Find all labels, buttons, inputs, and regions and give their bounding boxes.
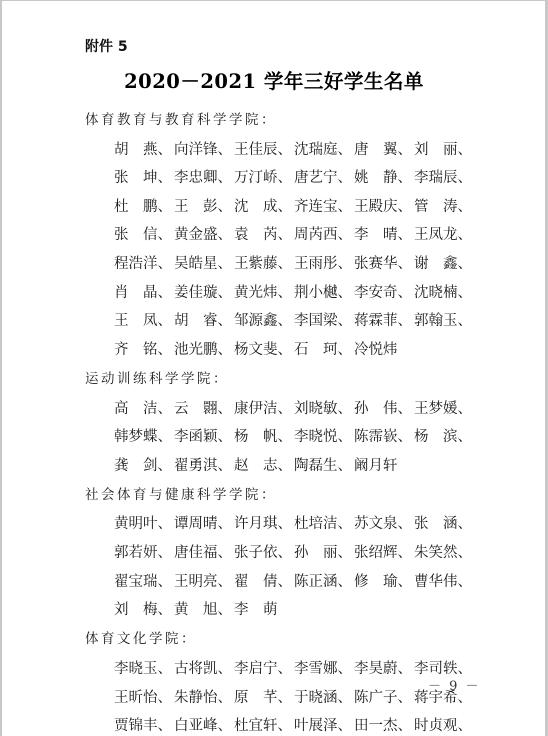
- student-name: 杜 鹏、: [114, 195, 174, 216]
- student-name: 沈瑞庭、: [294, 138, 354, 159]
- student-name: 赵 志、: [234, 454, 294, 475]
- student-name: 朱笑然、: [414, 541, 474, 562]
- student-name: 张 信、: [114, 223, 174, 244]
- student-name: 姜佳璇、: [174, 281, 234, 302]
- student-name: 沈 成、: [234, 195, 294, 216]
- student-name: 刘晓敏、: [294, 397, 354, 418]
- student-name: 翟宝瑞、: [114, 570, 174, 591]
- student-name: 姚 静、: [354, 166, 414, 187]
- student-name: 于晓涵、: [294, 686, 354, 707]
- student-name: 许月琪、: [234, 512, 294, 533]
- college-heading: 社会体育与健康科学学院：: [85, 483, 277, 503]
- student-name: 周芮西、: [294, 223, 354, 244]
- name-row: 肖 晶、姜佳璇、黄光炜、荆小樾、李安奇、沈晓楠、: [114, 281, 474, 302]
- student-name: 黄 旭、: [174, 598, 234, 619]
- page-title: 2020－2021 学年三好学生名单: [0, 66, 548, 94]
- student-name: 张 坤、: [114, 166, 174, 187]
- student-name: 刘 丽、: [414, 138, 474, 159]
- student-name: 张子依、: [234, 541, 294, 562]
- student-name: 杨 帆、: [234, 425, 294, 446]
- student-name: 张绍辉、: [354, 541, 414, 562]
- student-name: 王紫藤、: [234, 252, 294, 273]
- student-name: 翟勇淇、: [174, 454, 234, 475]
- name-row: 韩梦蝶、李函颖、杨 帆、李晓悦、陈霈嵚、杨 滨、: [114, 425, 474, 446]
- student-name: 肖 晶、: [114, 281, 174, 302]
- attachment-label: 附件 5: [85, 36, 128, 56]
- student-name: 黄金盛、: [174, 223, 234, 244]
- student-name: 蒋霖菲、: [354, 309, 414, 330]
- student-name: 曹华伟、: [414, 570, 474, 591]
- name-row: 杜 鹏、王 彭、沈 成、齐连宝、王殿庆、管 涛、: [114, 195, 474, 216]
- student-name: 李瑞辰、: [414, 166, 474, 187]
- student-name: 陶磊生、: [294, 454, 354, 475]
- student-name: 王 彭、: [174, 195, 234, 216]
- student-name: 杨文斐、: [234, 338, 294, 359]
- student-name: 唐艺宁、: [294, 166, 354, 187]
- student-name: 朱静怡、: [174, 686, 234, 707]
- student-name: 翟 倩、: [234, 570, 294, 591]
- student-name: 邹源鑫、: [234, 309, 294, 330]
- student-name: 修 瑜、: [354, 570, 414, 591]
- student-name: 陈广子、: [354, 686, 414, 707]
- name-row: 贾锦丰、白亚峰、杜宜轩、叶展泽、田一杰、时贞观、: [114, 714, 474, 735]
- student-name: 黄光炜、: [234, 281, 294, 302]
- student-name: 唐佳福、: [174, 541, 234, 562]
- student-name: 王昕怡、: [114, 686, 174, 707]
- student-name: 王殿庆、: [354, 195, 414, 216]
- student-name: 李晓玉、: [114, 657, 174, 678]
- student-name: 郭若妍、: [114, 541, 174, 562]
- name-row: 胡 燕、向洋锋、王佳辰、沈瑞庭、唐 翼、刘 丽、: [114, 138, 474, 159]
- student-name: 陈霈嵚、: [354, 425, 414, 446]
- name-row: 高 洁、云 翾、康伊洁、刘晓敏、孙 伟、王梦媛、: [114, 397, 474, 418]
- student-name: 时贞观、: [414, 714, 474, 735]
- college-heading: 体育教育与教育科学学院：: [85, 108, 277, 128]
- student-name: 古将凯、: [174, 657, 234, 678]
- name-row: 龚 剑、翟勇淇、赵 志、陶磊生、阚月轩: [114, 454, 474, 475]
- student-name: 杨 滨、: [414, 425, 474, 446]
- student-name: 荆小樾、: [294, 281, 354, 302]
- student-name: 李 萌: [234, 598, 294, 619]
- student-name: 陈正涵、: [294, 570, 354, 591]
- name-row: 王 凤、胡 睿、邹源鑫、李国梁、蒋霖菲、郭翰玉、: [114, 309, 474, 330]
- student-name: 田一杰、: [354, 714, 414, 735]
- student-name: 唐 翼、: [354, 138, 414, 159]
- student-name: 李国梁、: [294, 309, 354, 330]
- student-name: 沈晓楠、: [414, 281, 474, 302]
- student-name: 李晓悦、: [294, 425, 354, 446]
- student-name: 谢 鑫、: [414, 252, 474, 273]
- student-name: 李忠卿、: [174, 166, 234, 187]
- student-name: 高 洁、: [114, 397, 174, 418]
- name-row: 郭若妍、唐佳福、张子依、孙 丽、张绍辉、朱笑然、: [114, 541, 474, 562]
- student-name: 齐连宝、: [294, 195, 354, 216]
- student-name: 胡 睿、: [174, 309, 234, 330]
- student-name: 郭翰玉、: [414, 309, 474, 330]
- student-name: 黄明叶、: [114, 512, 174, 533]
- college-heading: 体育文化学院：: [85, 627, 197, 647]
- name-row: 黄明叶、谭周晴、许月琪、杜培洁、苏文泉、张 涵、: [114, 512, 474, 533]
- student-name: 杜培洁、: [294, 512, 354, 533]
- name-row: 李晓玉、古将凯、李启宁、李雪娜、李昊蔚、李司轶、: [114, 657, 474, 678]
- student-name: 李 晴、: [354, 223, 414, 244]
- student-name: 云 翾、: [174, 397, 234, 418]
- student-name: 康伊洁、: [234, 397, 294, 418]
- student-name: 王梦媛、: [414, 397, 474, 418]
- student-name: 向洋锋、: [174, 138, 234, 159]
- student-name: 贾锦丰、: [114, 714, 174, 735]
- student-name: 苏文泉、: [354, 512, 414, 533]
- student-name: 王雨彤、: [294, 252, 354, 273]
- student-name: 原 芊、: [234, 686, 294, 707]
- student-name: 张赛华、: [354, 252, 414, 273]
- student-name: 王凤龙、: [414, 223, 474, 244]
- student-name: 杜宜轩、: [234, 714, 294, 735]
- student-name: 韩梦蝶、: [114, 425, 174, 446]
- name-row: 张 坤、李忠卿、万汀峤、唐艺宁、姚 静、李瑞辰、: [114, 166, 474, 187]
- student-name: 管 涛、: [414, 195, 474, 216]
- student-name: 王 凤、: [114, 309, 174, 330]
- student-name: 阚月轩: [354, 454, 414, 475]
- student-name: 李安奇、: [354, 281, 414, 302]
- student-name: 王佳辰、: [234, 138, 294, 159]
- student-name: 张 涵、: [414, 512, 474, 533]
- student-name: 龚 剑、: [114, 454, 174, 475]
- student-name: 袁 芮、: [234, 223, 294, 244]
- student-name: 刘 梅、: [114, 598, 174, 619]
- name-row: 翟宝瑞、王明亮、翟 倩、陈正涵、修 瑜、曹华伟、: [114, 570, 474, 591]
- student-name: 吴皓星、: [174, 252, 234, 273]
- student-name: 孙 丽、: [294, 541, 354, 562]
- student-name: 谭周晴、: [174, 512, 234, 533]
- student-name: 齐 铭、: [114, 338, 174, 359]
- name-row: 齐 铭、池光鹏、杨文斐、石 珂、冷悦炜: [114, 338, 474, 359]
- student-name: 王明亮、: [174, 570, 234, 591]
- student-name: 冷悦炜: [354, 338, 414, 359]
- student-name: 李雪娜、: [294, 657, 354, 678]
- student-name: 李启宁、: [234, 657, 294, 678]
- student-name: 孙 伟、: [354, 397, 414, 418]
- student-name: 叶展泽、: [294, 714, 354, 735]
- name-row: 刘 梅、黄 旭、李 萌: [114, 598, 474, 619]
- student-name: 李函颖、: [174, 425, 234, 446]
- college-heading: 运动训练科学学院：: [85, 367, 229, 387]
- student-name: 李昊蔚、: [354, 657, 414, 678]
- student-name: 万汀峤、: [234, 166, 294, 187]
- name-row: 王昕怡、朱静怡、原 芊、于晓涵、陈广子、蒋宇希、: [114, 686, 474, 707]
- page-number: － 9 －: [428, 675, 481, 694]
- student-name: 石 珂、: [294, 338, 354, 359]
- student-name: 池光鹏、: [174, 338, 234, 359]
- student-name: 胡 燕、: [114, 138, 174, 159]
- name-row: 程浩洋、吴皓星、王紫藤、王雨彤、张赛华、谢 鑫、: [114, 252, 474, 273]
- name-row: 张 信、黄金盛、袁 芮、周芮西、李 晴、王凤龙、: [114, 223, 474, 244]
- student-name: 程浩洋、: [114, 252, 174, 273]
- student-name: 白亚峰、: [174, 714, 234, 735]
